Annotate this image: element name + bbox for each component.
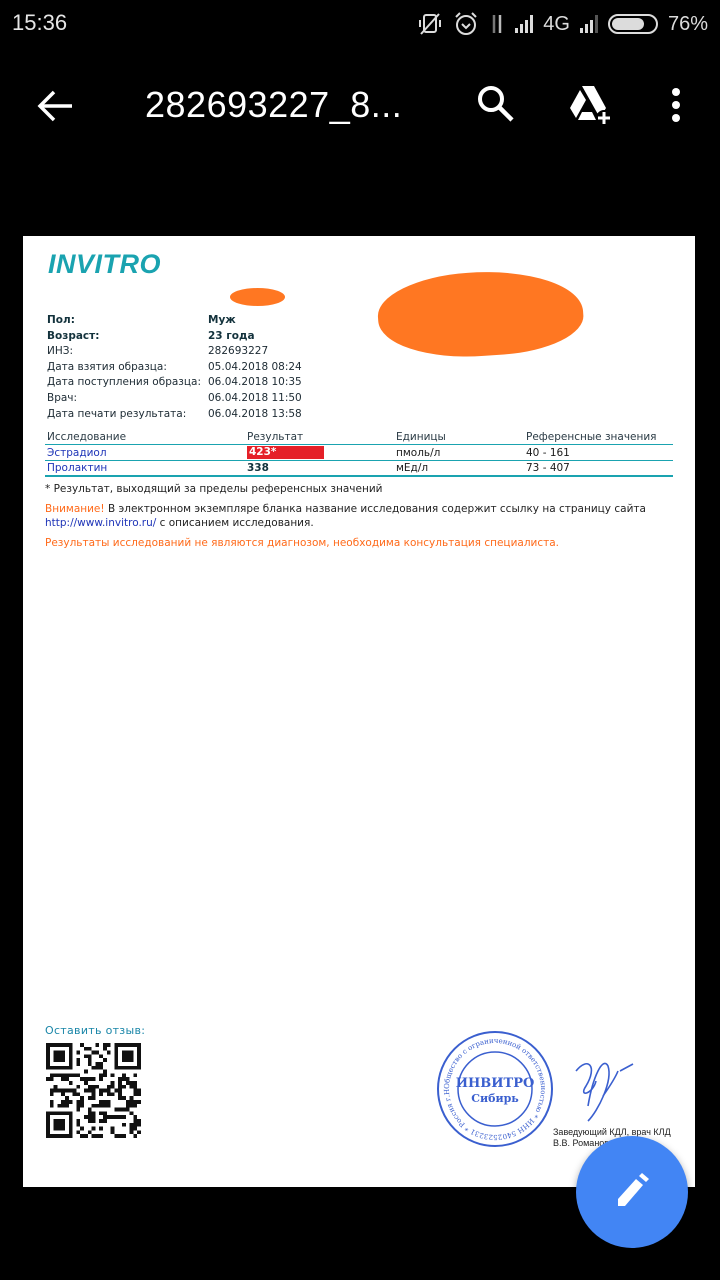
info-value: 06.04.2018 13:58	[208, 407, 302, 423]
status-bar: 15:36 4G 76%	[0, 0, 720, 50]
alarm-icon	[453, 11, 479, 37]
vibrate-off-icon	[417, 11, 443, 37]
column-header: Исследование	[45, 431, 247, 443]
attention-note: Внимание! В электронном экземпляре бланк…	[45, 502, 646, 530]
info-label: Дата взятия образца:	[47, 360, 208, 376]
footnote: * Результат, выходящий за пределы рефере…	[45, 482, 646, 496]
search-icon[interactable]	[474, 82, 518, 126]
more-vert-icon[interactable]	[664, 84, 688, 128]
arrow-left-icon[interactable]	[34, 84, 78, 128]
info-row: ИНЗ:282693227	[47, 344, 302, 360]
pencil-edit-icon	[612, 1172, 652, 1212]
invitro-logo: INVITRO	[48, 249, 161, 280]
site-link[interactable]: http://www.invitro.ru/	[45, 517, 156, 529]
data-transfer-icon	[489, 11, 505, 37]
stamp-name: ИНВИТРО	[456, 1076, 535, 1091]
stamp-region: Сибирь	[471, 1092, 519, 1105]
status-time: 15:36	[12, 10, 67, 36]
reference-range: 40 - 161	[526, 447, 673, 459]
document-title: 282693227_8...	[145, 84, 402, 126]
info-label: Дата печати результата:	[47, 407, 208, 423]
attention-label: Внимание!	[45, 503, 105, 515]
info-label: Дата поступления образца:	[47, 375, 208, 391]
test-name-link[interactable]: Пролактин	[45, 462, 247, 474]
column-header: Единицы	[396, 431, 526, 443]
column-header: Референсные значения	[526, 431, 673, 443]
info-row: Дата взятия образца:05.04.2018 08:24	[47, 360, 302, 376]
document-page[interactable]: INVITRO Пол:МужВозраст:23 годаИНЗ:282693…	[23, 236, 695, 1187]
qr-code[interactable]	[46, 1043, 141, 1138]
lab-stamp: Общество с ограниченной ответственностью…	[435, 1029, 555, 1149]
info-value: 06.04.2018 10:35	[208, 375, 302, 391]
info-row: Дата печати результата:06.04.2018 13:58	[47, 407, 302, 423]
units: пмоль/л	[396, 447, 526, 459]
info-row: Пол:Муж	[47, 313, 302, 329]
notes: * Результат, выходящий за пределы рефере…	[45, 482, 646, 556]
redaction-mark	[375, 265, 585, 363]
signature	[558, 1036, 638, 1136]
info-value: 282693227	[208, 344, 268, 360]
units: мЕд/л	[396, 462, 526, 474]
test-name-link[interactable]: Эстрадиол	[45, 447, 247, 459]
review-label: Оставить отзыв:	[45, 1024, 145, 1037]
signal-icon-2	[580, 15, 598, 33]
info-row: Врач:06.04.2018 11:50	[47, 391, 302, 407]
battery-icon	[608, 14, 658, 34]
edit-fab-button[interactable]	[576, 1136, 688, 1248]
info-label: Возраст:	[47, 329, 208, 345]
result-value-flagged: 423*	[247, 446, 324, 459]
table-header: Исследование Результат Единицы Референсн…	[45, 429, 673, 445]
drive-add-icon[interactable]	[566, 82, 614, 128]
table-row: Эстрадиол 423* пмоль/л 40 - 161	[45, 445, 673, 461]
reference-range: 73 - 407	[526, 462, 673, 474]
disclaimer: Результаты исследований не являются диаг…	[45, 536, 646, 550]
column-header: Результат	[247, 431, 396, 443]
info-value: 06.04.2018 11:50	[208, 391, 302, 407]
battery-percent: 76%	[668, 13, 708, 36]
app-bar: 282693227_8...	[0, 60, 720, 150]
info-label: Пол:	[47, 313, 208, 329]
patient-info: Пол:МужВозраст:23 годаИНЗ:282693227Дата …	[47, 313, 302, 422]
network-type: 4G	[543, 13, 570, 36]
attention-text: В электронном экземпляре бланка название…	[105, 503, 646, 515]
info-value: 05.04.2018 08:24	[208, 360, 302, 376]
signal-icon	[515, 15, 533, 33]
info-row: Возраст:23 года	[47, 329, 302, 345]
status-icons: 4G 76%	[417, 8, 708, 40]
result-value: 338	[247, 462, 269, 474]
site-link-suffix: с описанием исследования.	[156, 517, 313, 529]
info-value: 23 года	[208, 329, 255, 345]
info-value: Муж	[208, 313, 236, 329]
info-row: Дата поступления образца:06.04.2018 10:3…	[47, 375, 302, 391]
info-label: Врач:	[47, 391, 208, 407]
signature-title: Заведующий КДЛ, врач КЛД	[553, 1127, 671, 1138]
redaction-mark	[230, 288, 285, 306]
info-label: ИНЗ:	[47, 344, 208, 360]
table-row: Пролактин 338 мЕд/л 73 - 407	[45, 461, 673, 477]
results-table: Исследование Результат Единицы Референсн…	[45, 429, 673, 477]
